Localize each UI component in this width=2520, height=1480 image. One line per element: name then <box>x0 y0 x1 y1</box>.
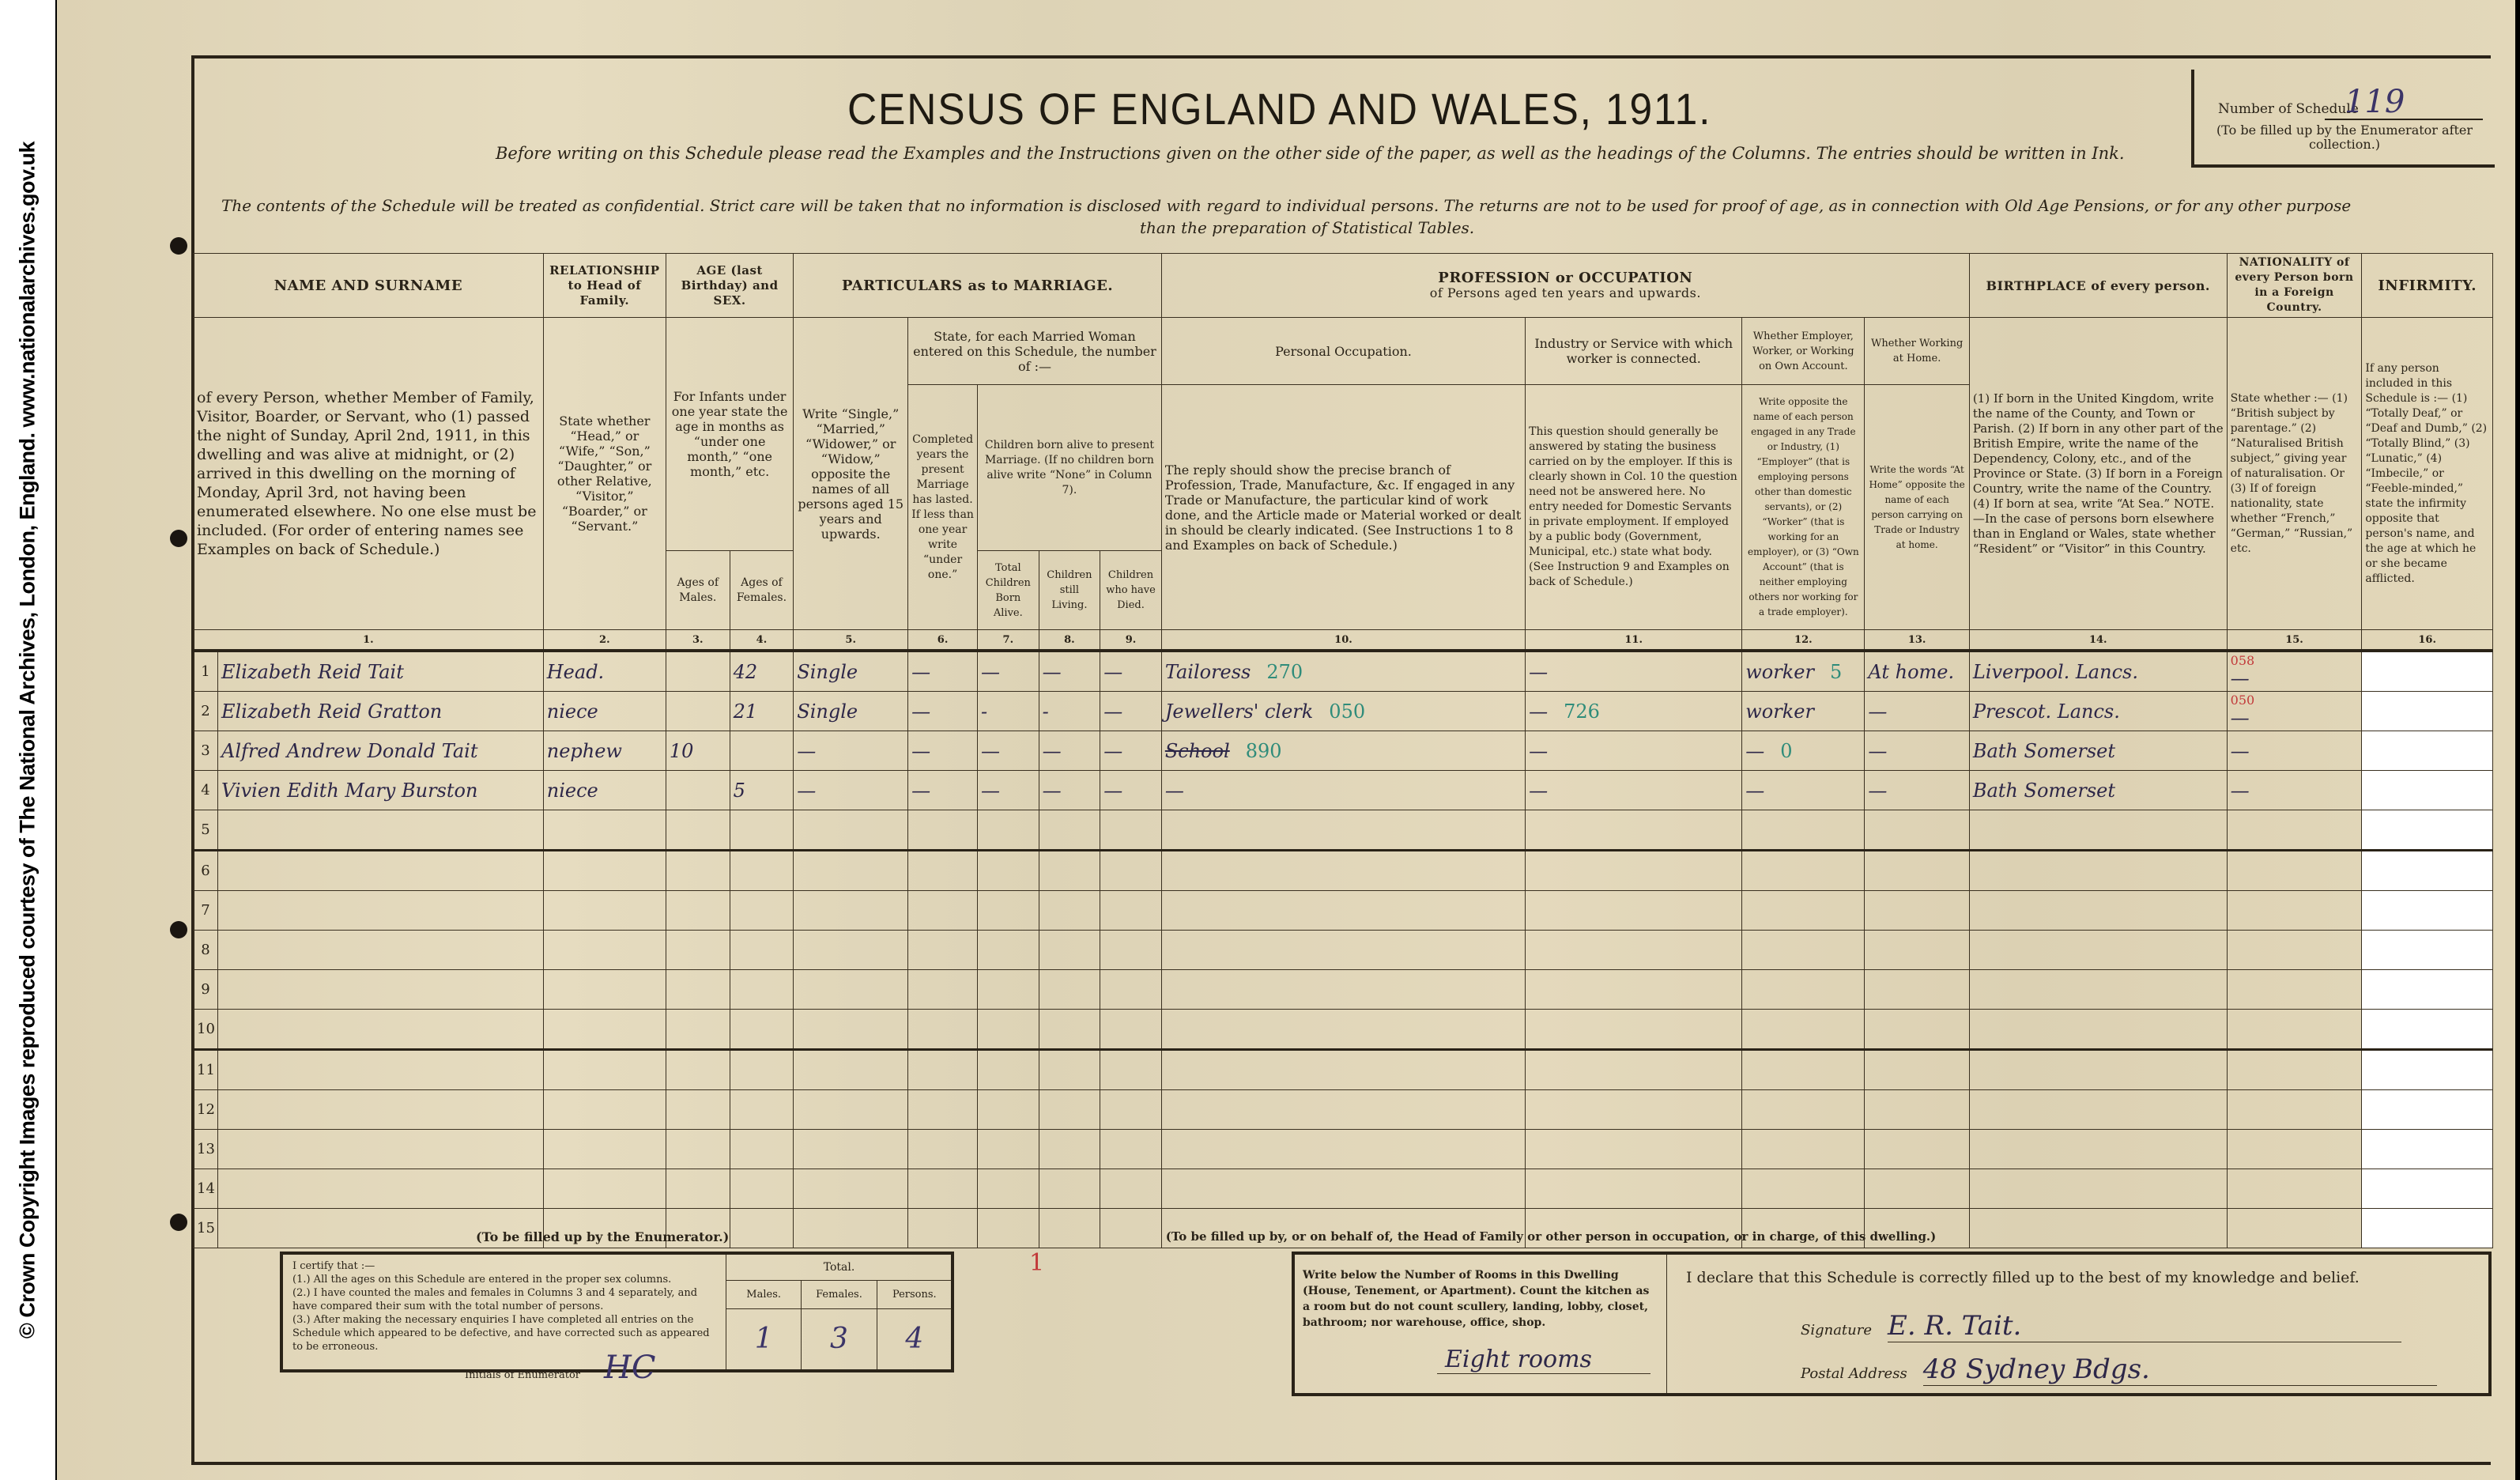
table-row: 2Elizabeth Reid Grattonniece 21Single —-… <box>194 692 2493 731</box>
table-row: 6 <box>194 851 2493 891</box>
desc-infirmity: If any person included in this Schedule … <box>2362 318 2493 630</box>
desc-personal-occupation: The reply should show the precise branch… <box>1161 385 1525 630</box>
header-age: AGE (last Birthday) and SEX. <box>666 254 793 318</box>
schedule-note: (To be filled up by the Enumerator after… <box>2202 123 2487 152</box>
page-title: CENSUS OF ENGLAND AND WALES, 1911. <box>847 83 1711 134</box>
column-numbers: 1.2. 3.4. 5.6.7.8.9. 10.11.12.13. 14.15.… <box>194 630 2493 651</box>
desc-age: For Infants under one year state the age… <box>666 318 793 551</box>
census-form: CENSUS OF ENGLAND AND WALES, 1911. Befor… <box>57 0 2515 1480</box>
total-persons[interactable]: 4 <box>877 1309 952 1369</box>
header-personal-occupation: Personal Occupation. <box>1161 318 1525 385</box>
table-row: 11 <box>194 1050 2493 1090</box>
totals-table: Total. Males.Females.Persons. 134 <box>726 1255 952 1369</box>
header-ages-males: Ages of Males. <box>666 551 730 630</box>
enumerator-certification: I certify that :— (1.) All the ages on t… <box>292 1259 719 1354</box>
table-row: 3Alfred Andrew Donald Taitnephew 10— ———… <box>194 731 2493 771</box>
desc-years-married: Completed years the present Marriage has… <box>908 385 978 630</box>
signature-field[interactable]: SignatureE. R. Tait. <box>1801 1310 2401 1342</box>
table-row: 4Vivien Edith Mary Burstonniece 5— ———— … <box>194 771 2493 810</box>
schedule-number-box: Number of Schedule 119 (To be filled up … <box>2191 70 2495 168</box>
punch-hole <box>170 237 187 255</box>
punch-hole <box>170 530 187 547</box>
header-relationship: RELATIONSHIP to Head of Family. <box>543 254 666 318</box>
table-row: 9 <box>194 970 2493 1010</box>
confidential-text-2: than the preparation of Statistical Tabl… <box>1140 218 1474 237</box>
desc-status: Write “Single,” “Married,” “Widower,” or… <box>794 318 908 630</box>
header-birthplace: BIRTHPLACE of every person. <box>1969 254 2227 318</box>
desc-nationality: State whether :— (1) “British subject by… <box>2227 318 2362 630</box>
enumerator-initials[interactable]: Initials of EnumeratorHC <box>465 1350 656 1386</box>
name-cell[interactable]: Elizabeth Reid Tait <box>218 651 544 692</box>
table-row: 12 <box>194 1090 2493 1130</box>
header-children-died: Children who have Died. <box>1100 551 1162 630</box>
postal-address-field[interactable]: Postal Address48 Sydney Bdgs. <box>1801 1354 2437 1386</box>
desc-children: Children born alive to present Marriage.… <box>978 385 1162 551</box>
header-name: NAME AND SURNAME <box>194 254 544 318</box>
desc-industry: This question should generally be answer… <box>1526 385 1742 630</box>
head-section-title: (To be filled up by, or on behalf of, th… <box>642 1229 2460 1244</box>
schedule-number[interactable]: 119 <box>2345 84 2405 120</box>
enumerator-box: I certify that :— (1.) All the ages on t… <box>280 1252 954 1372</box>
copyright-text: © Crown Copyright Images reproduced cour… <box>16 142 40 1338</box>
rooms-value[interactable]: Eight rooms <box>1437 1346 1650 1374</box>
declaration: I declare that this Schedule is correctl… <box>1686 1269 2360 1286</box>
punch-hole <box>170 1214 187 1231</box>
census-table: NAME AND SURNAME RELATIONSHIP to Head of… <box>193 253 2493 1248</box>
confidential-text: The contents of the Schedule will be tre… <box>221 196 2351 215</box>
schedule-number-label: Number of Schedule <box>2218 101 2359 117</box>
header-industry: Industry or Service with which worker is… <box>1526 318 1742 385</box>
desc-home: Write the words “At Home” opposite the n… <box>1865 385 1969 630</box>
copyright-strip: © Crown Copyright Images reproduced cour… <box>0 0 55 1480</box>
header-infirmity: INFIRMITY. <box>2362 254 2493 318</box>
desc-birthplace: (1) If born in the United Kingdom, write… <box>1969 318 2227 630</box>
red-mark: 1 <box>1029 1249 1044 1277</box>
table-row: 1Elizabeth Reid TaitHead. 42Single ———— … <box>194 651 2493 692</box>
header-nationality: NATIONALITY of every Person born in a Fo… <box>2227 254 2362 318</box>
header-marriage: PARTICULARS as to MARRIAGE. <box>794 254 1162 318</box>
table-row: 5 <box>194 810 2493 851</box>
table-row: 14 <box>194 1169 2493 1209</box>
desc-employer: Write opposite the name of each person e… <box>1742 385 1865 630</box>
instruction-text: Before writing on this Schedule please r… <box>496 144 2125 163</box>
table-row: 8 <box>194 931 2493 970</box>
name-cell[interactable]: Elizabeth Reid Gratton <box>218 692 544 731</box>
header-ages-females: Ages of Females. <box>730 551 794 630</box>
total-males[interactable]: 1 <box>726 1309 802 1369</box>
table-row: 7 <box>194 891 2493 931</box>
table-row: 13 <box>194 1130 2493 1169</box>
header-home: Whether Working at Home. <box>1865 318 1969 385</box>
desc-relationship: State whether “Head,” or “Wife,” “Son,” … <box>543 318 666 630</box>
desc-name: of every Person, whether Member of Famil… <box>194 318 544 630</box>
table-row: 10 <box>194 1010 2493 1050</box>
head-section-box: Write below the Number of Rooms in this … <box>1292 1252 2492 1396</box>
name-cell[interactable]: Alfred Andrew Donald Tait <box>218 731 544 771</box>
total-females[interactable]: 3 <box>802 1309 877 1369</box>
punch-hole <box>170 921 187 938</box>
name-cell[interactable]: Vivien Edith Mary Burston <box>218 771 544 810</box>
header-total-children: Total Children Born Alive. <box>978 551 1039 630</box>
rooms-box: Write below the Number of Rooms in this … <box>1295 1255 1667 1393</box>
desc-married-woman: State, for each Married Woman entered on… <box>908 318 1162 385</box>
header-employer: Whether Employer, Worker, or Working on … <box>1742 318 1865 385</box>
header-occupation: PROFESSION or OCCUPATIONof Persons aged … <box>1161 254 1969 318</box>
header-children-living: Children still Living. <box>1039 551 1100 630</box>
